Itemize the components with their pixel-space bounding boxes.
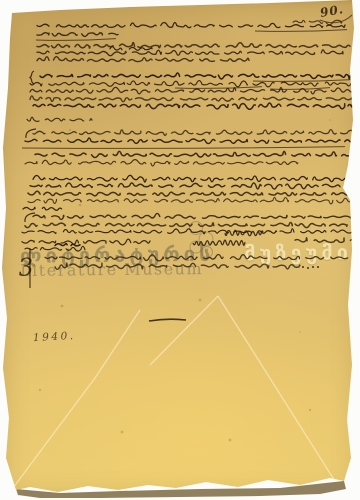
scanned-document: ლიტერატურის მუზეუმი Literature Museum 3 …: [0, 0, 360, 500]
manuscript-page: ლიტერატურის მუზეუმი Literature Museum 3 …: [0, 0, 360, 500]
handwriting-ink-layer: 3: [0, 0, 360, 500]
marginal-numeral: 3: [17, 253, 35, 282]
date-notation: 1940.: [33, 330, 76, 344]
